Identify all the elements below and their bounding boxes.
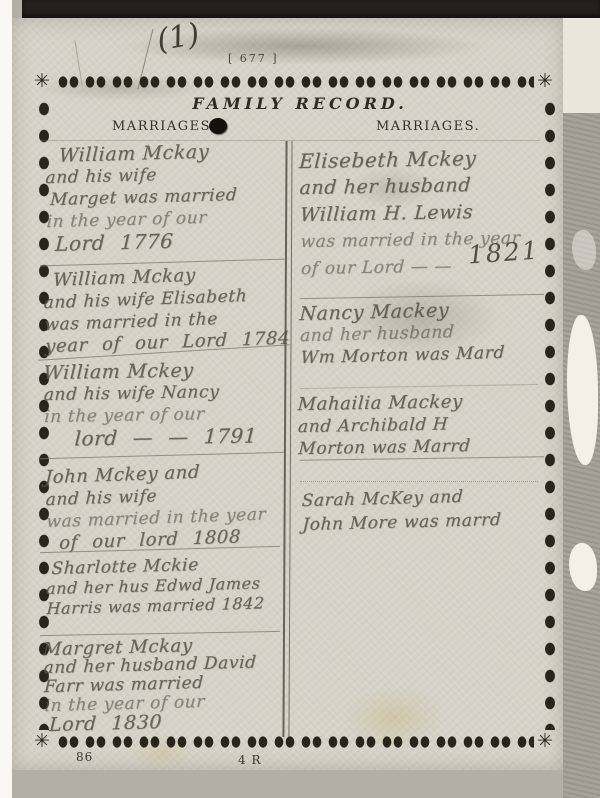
corner-star-ornament: ✳	[537, 732, 553, 751]
footer-signature-mark: 4 R	[238, 753, 261, 767]
ink-blot	[209, 118, 227, 134]
page-title: FAMILY RECORD.	[140, 94, 460, 113]
corner-star-ornament: ✳	[537, 72, 553, 91]
scanner-black-bar	[22, 0, 600, 18]
marriage-entry: William Mckay and his wife Marget was ma…	[45, 139, 283, 255]
page-edge-highlight	[563, 18, 600, 113]
marriage-entry: John Mckey and and his wife was married …	[45, 459, 284, 555]
right-column-header: MARRIAGES.	[376, 119, 480, 134]
marriage-entry: Mahailia Mackey and Archibald H Morton w…	[297, 390, 540, 460]
handwritten-page-mark: (1)	[154, 17, 202, 59]
marriage-entry: William Mckay and his wife Elisabeth was…	[43, 262, 284, 358]
footer-page-number: 86	[76, 750, 93, 764]
scanned-document: ✳ ✳ ✳ ✳ (1) [ 677 ] FAMILY RECORD. MARRI…	[0, 0, 600, 798]
ruled-line	[300, 481, 538, 483]
torn-paper-patch	[572, 230, 596, 270]
corner-star-ornament: ✳	[34, 72, 50, 91]
handwriting-line: and her husband	[299, 171, 540, 202]
handwriting-line: Elisebeth Mckey	[298, 144, 539, 175]
marriage-entry: Sarah McKey and John More was marrd	[301, 483, 540, 537]
handwriting-line: lord — — 1791	[74, 424, 283, 450]
printed-page-bracket: [ 677 ]	[228, 52, 279, 65]
marriage-entry: William Mckey and his wife Nancy in the …	[43, 358, 282, 450]
ornament-border-right	[540, 96, 560, 730]
handwriting-line: William H. Lewis	[299, 198, 540, 229]
marriage-entry: Nancy Mackey and her husband Wm Morton w…	[299, 297, 541, 369]
marriage-entry: Sharlotte Mckie and her hus Edwd James H…	[45, 553, 282, 619]
scanner-edge-strip	[0, 0, 12, 798]
handwritten-date: 1821	[467, 236, 540, 270]
ornament-border-top	[56, 72, 534, 92]
ornament-border-bottom	[56, 732, 534, 752]
left-column-header: MARRIAGES.	[112, 119, 216, 134]
marriage-entry: Margret Mckay and her husband David Farr…	[43, 634, 283, 735]
